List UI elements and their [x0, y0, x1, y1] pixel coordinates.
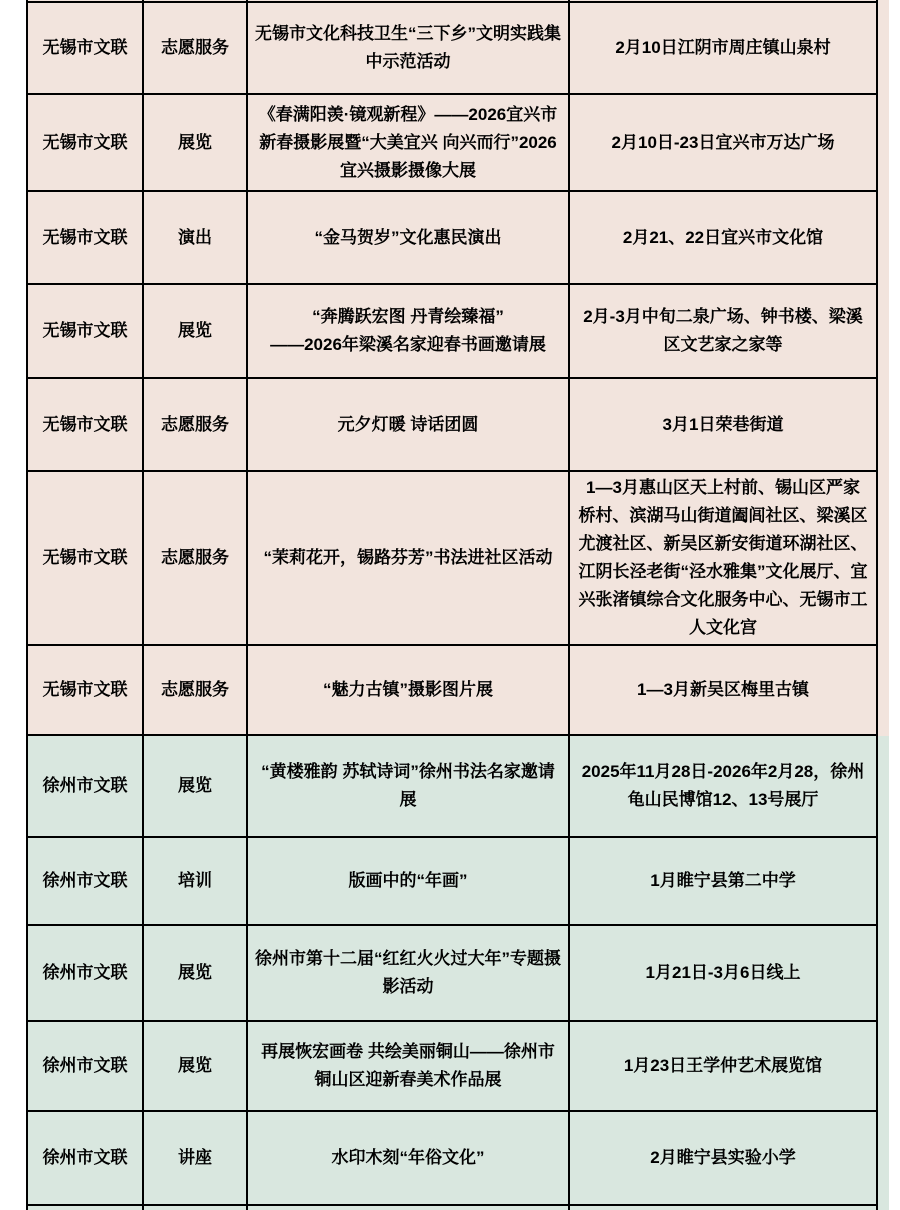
cell-activity-name: 水印木刻“年俗文化” [248, 1112, 570, 1206]
cell-activity-type: 志愿服务 [144, 472, 248, 646]
cell-organization: 无锡市文联 [28, 379, 144, 472]
cell-activity-type: 志愿服务 [144, 379, 248, 472]
cell-activity-name: “黄楼雅韵 苏轼诗词”徐州书法名家邀请展 [248, 736, 570, 838]
row-bleed-strip [878, 838, 889, 926]
cell-organization: 徐州市文联 [28, 736, 144, 838]
cell-organization: 徐州市文联 [28, 838, 144, 926]
cell-schedule: 1—3月新吴区梅里古镇 [570, 646, 878, 736]
row-bleed-strip [878, 1022, 889, 1112]
table-row: 无锡市文联 志愿服务 元夕灯暖 诗话团圆 3月1日荣巷街道 [28, 379, 889, 472]
cell-activity-type: 展览 [144, 1022, 248, 1112]
table-row: 无锡市文联 志愿服务 无锡市文化科技卫生“三下乡”文明实践集中示范活动 2月10… [28, 3, 889, 95]
cell-activity-name: “茉莉花开，锡路芬芳”书法进社区活动 [248, 472, 570, 646]
table-row: 无锡市文联 展览 “奔腾跃宏图 丹青绘臻福” ——2026年梁溪名家迎春书画邀请… [28, 285, 889, 379]
cell-activity-type: 志愿服务 [144, 646, 248, 736]
cell-schedule: 2月10日江阴市周庄镇山泉村 [570, 3, 878, 95]
cell-activity-name: 元夕灯暖 诗话团圆 [248, 379, 570, 472]
cell-schedule: 2月21、22日宜兴市文化馆 [570, 192, 878, 285]
row-bleed-strip [878, 472, 889, 646]
table-row: 无锡市文联 志愿服务 “魅力古镇”摄影图片展 1—3月新吴区梅里古镇 [28, 646, 889, 736]
table-row: 无锡市文联 志愿服务 “茉莉花开，锡路芬芳”书法进社区活动 1—3月惠山区天上村… [28, 472, 889, 646]
cell-activity-type: 讲座 [144, 1112, 248, 1206]
table-row [28, 1206, 889, 1210]
cell-activity-type: 志愿服务 [144, 3, 248, 95]
table-row: 徐州市文联 培训 版画中的“年画” 1月睢宁县第二中学 [28, 838, 889, 926]
cell-schedule: 1月睢宁县第二中学 [570, 838, 878, 926]
cell-activity-name: 版画中的“年画” [248, 838, 570, 926]
table-row: 无锡市文联 展览 《春满阳羡·镜观新程》——2026宜兴市新春摄影展暨“大美宜兴… [28, 95, 889, 192]
cell-activity-name: 徐州市第十二届“红红火火过大年”专题摄影活动 [248, 926, 570, 1022]
cell-schedule: 1月21日-3月6日线上 [570, 926, 878, 1022]
cell-activity-name: 无锡市文化科技卫生“三下乡”文明实践集中示范活动 [248, 3, 570, 95]
cell-organization: 无锡市文联 [28, 285, 144, 379]
cell-activity-type: 演出 [144, 192, 248, 285]
cell-schedule: 2月睢宁县实验小学 [570, 1112, 878, 1206]
row-bleed-strip [878, 3, 889, 95]
table-row: 徐州市文联 讲座 水印木刻“年俗文化” 2月睢宁县实验小学 [28, 1112, 889, 1206]
cell-activity-type: 展览 [144, 736, 248, 838]
cell-activity-type: 培训 [144, 838, 248, 926]
cell-organization: 无锡市文联 [28, 472, 144, 646]
row-bleed-strip [878, 926, 889, 1022]
events-table: 无锡市文联 志愿服务 无锡市文化科技卫生“三下乡”文明实践集中示范活动 2月10… [26, 0, 889, 1210]
cell-organization: 无锡市文联 [28, 3, 144, 95]
row-bleed-strip [878, 192, 889, 285]
row-bleed-strip [878, 95, 889, 192]
cell-activity-name: 再展恢宏画卷 共绘美丽铜山——徐州市铜山区迎新春美术作品展 [248, 1022, 570, 1112]
cell-organization: 徐州市文联 [28, 926, 144, 1022]
row-bleed-strip [878, 736, 889, 838]
cell-schedule: 2月-3月中旬二泉广场、钟书楼、梁溪区文艺家之家等 [570, 285, 878, 379]
cell-schedule [570, 1206, 878, 1210]
row-bleed-strip [878, 379, 889, 472]
cell-activity-type: 展览 [144, 926, 248, 1022]
cell-schedule: 1—3月惠山区天上村前、锡山区严家桥村、滨湖马山街道阖闾社区、梁溪区尤渡社区、新… [570, 472, 878, 646]
row-bleed-strip [878, 646, 889, 736]
table-row: 徐州市文联 展览 “黄楼雅韵 苏轼诗词”徐州书法名家邀请展 2025年11月28… [28, 736, 889, 838]
cell-organization: 无锡市文联 [28, 646, 144, 736]
cell-activity-name: 《春满阳羡·镜观新程》——2026宜兴市新春摄影展暨“大美宜兴 向兴而行”202… [248, 95, 570, 192]
cell-activity-name: “金马贺岁”文化惠民演出 [248, 192, 570, 285]
cell-organization [28, 1206, 144, 1210]
cell-organization: 无锡市文联 [28, 95, 144, 192]
cell-activity-name: “魅力古镇”摄影图片展 [248, 646, 570, 736]
row-bleed-strip [878, 1112, 889, 1206]
row-bleed-strip [878, 1206, 889, 1210]
table-row: 无锡市文联 演出 “金马贺岁”文化惠民演出 2月21、22日宜兴市文化馆 [28, 192, 889, 285]
cell-schedule: 2025年11月28日-2026年2月28，徐州龟山民博馆12、13号展厅 [570, 736, 878, 838]
cell-schedule: 3月1日荣巷街道 [570, 379, 878, 472]
cell-activity-type: 展览 [144, 95, 248, 192]
cell-organization: 徐州市文联 [28, 1022, 144, 1112]
cell-organization: 无锡市文联 [28, 192, 144, 285]
table-row: 徐州市文联 展览 徐州市第十二届“红红火火过大年”专题摄影活动 1月21日-3月… [28, 926, 889, 1022]
cell-activity-type: 展览 [144, 285, 248, 379]
cell-organization: 徐州市文联 [28, 1112, 144, 1206]
row-bleed-strip [878, 285, 889, 379]
cell-schedule: 2月10日-23日宜兴市万达广场 [570, 95, 878, 192]
cell-activity-type [144, 1206, 248, 1210]
cell-activity-name: “奔腾跃宏图 丹青绘臻福” ——2026年梁溪名家迎春书画邀请展 [248, 285, 570, 379]
cell-activity-name [248, 1206, 570, 1210]
cell-schedule: 1月23日王学仲艺术展览馆 [570, 1022, 878, 1112]
table-row: 徐州市文联 展览 再展恢宏画卷 共绘美丽铜山——徐州市铜山区迎新春美术作品展 1… [28, 1022, 889, 1112]
